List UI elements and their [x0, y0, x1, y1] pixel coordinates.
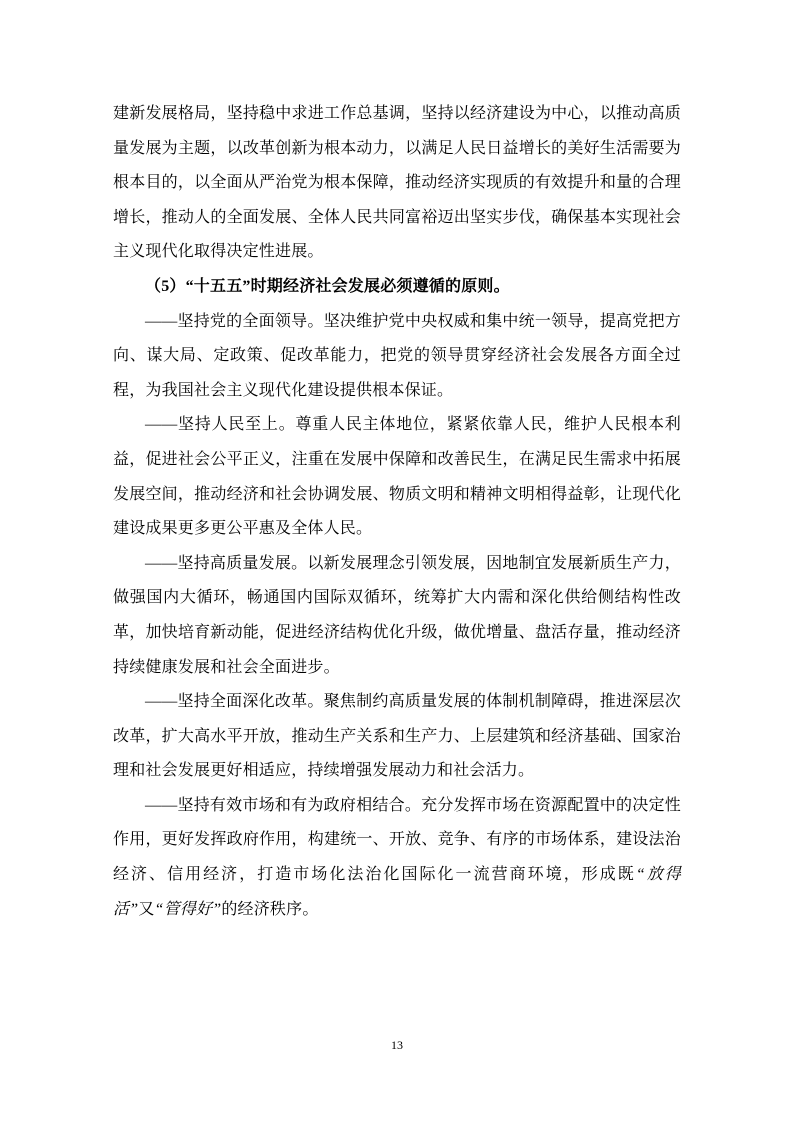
page-footer: 13	[0, 1036, 794, 1054]
text-run: 又	[138, 901, 154, 918]
body-paragraph: ——坚持高质量发展。以新发展理念引领发展，因地制宜发展新质生产力，做强国内大循环…	[113, 547, 681, 685]
text-run: ——坚持党的全面领导。坚决维护党中央权威和集中统一领导，提高党把方向、谋大局、定…	[113, 313, 681, 399]
document-body: 建新发展格局，坚持稳中求进工作总基调，坚持以经济建设为中心，以推动高质量发展为主…	[113, 97, 681, 927]
text-run: ——坚持高质量发展。以新发展理念引领发展，因地制宜发展新质生产力，做强国内大循环…	[113, 555, 681, 676]
body-paragraph: ——坚持全面深化改革。聚焦制约高质量发展的体制机制障碍，推进深层次改革，扩大高水…	[113, 685, 681, 789]
body-paragraph: 建新发展格局，坚持稳中求进工作总基调，坚持以经济建设为中心，以推动高质量发展为主…	[113, 97, 681, 270]
text-run: ——坚持有效市场和有为政府相结合。充分发挥市场在资源配置中的决定性作用，更好发挥…	[113, 797, 681, 883]
text-run: （5）“十五五”时期经济社会发展必须遵循的原则。	[145, 278, 510, 295]
section-heading: （5）“十五五”时期经济社会发展必须遵循的原则。	[113, 270, 681, 305]
text-run: ——坚持人民至上。尊重人民主体地位，紧紧依靠人民，维护人民根本利益，促进社会公平…	[113, 416, 681, 537]
body-paragraph: ——坚持有效市场和有为政府相结合。充分发挥市场在资源配置中的决定性作用，更好发挥…	[113, 789, 681, 927]
page-number: 13	[391, 1038, 403, 1052]
document-page: 建新发展格局，坚持稳中求进工作总基调，坚持以经济建设为中心，以推动高质量发展为主…	[0, 0, 794, 1123]
body-paragraph: ——坚持人民至上。尊重人民主体地位，紧紧依靠人民，维护人民根本利益，促进社会公平…	[113, 408, 681, 546]
text-run: 的经济秩序。	[221, 901, 318, 918]
body-paragraph: ——坚持党的全面领导。坚决维护党中央权威和集中统一领导，提高党把方向、谋大局、定…	[113, 305, 681, 409]
emphasized-phrase: “管得好”	[155, 901, 222, 918]
text-run: ——坚持全面深化改革。聚焦制约高质量发展的体制机制障碍，推进深层次改革，扩大高水…	[113, 693, 681, 779]
text-run: 建新发展格局，坚持稳中求进工作总基调，坚持以经济建设为中心，以推动高质量发展为主…	[113, 105, 681, 260]
